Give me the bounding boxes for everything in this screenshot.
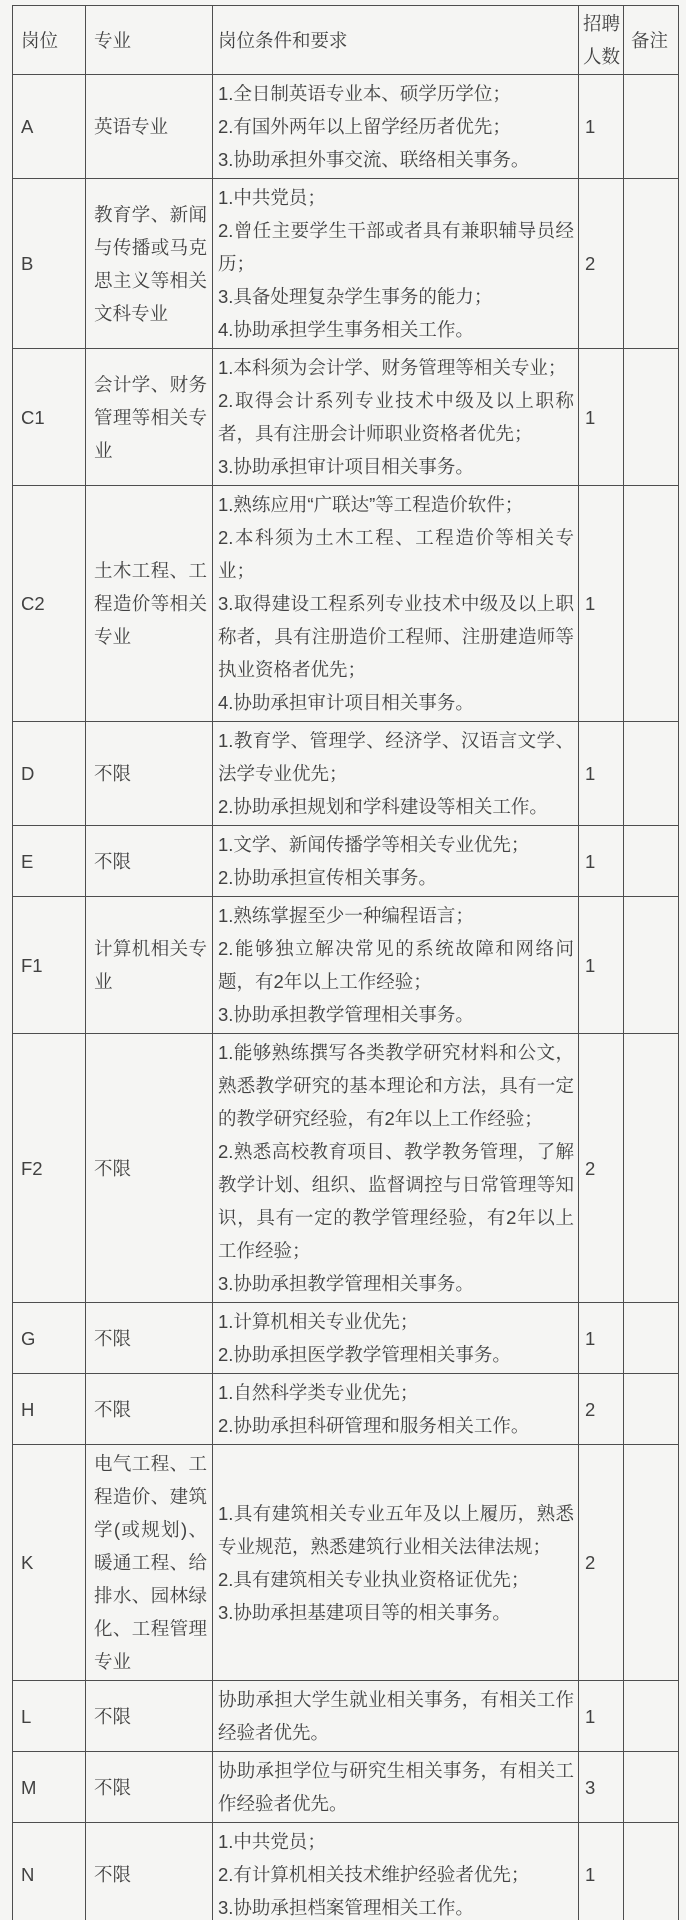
requirement-item: 2.曾任主要学生干部或者具有兼职辅导员经历； (218, 214, 574, 280)
requirements-cell: 1.自然科学类专业优先；2.协助承担科研管理和服务相关工作。 (213, 1374, 579, 1445)
requirement-item: 1.中共党员； (218, 181, 574, 214)
requirement-item: 1.教育学、管理学、经济学、汉语言文学、法学专业优先； (218, 724, 574, 790)
position-cell: F2 (13, 1034, 86, 1303)
position-cell: G (13, 1303, 86, 1374)
major-cell: 不限 (86, 1034, 213, 1303)
requirement-item: 协助承担学位与研究生相关事务，有相关工作经验者优先。 (218, 1754, 574, 1820)
requirement-item: 2.本科须为土木工程、工程造价等相关专业； (218, 521, 574, 587)
headcount-cell: 1 (579, 722, 624, 826)
position-cell: B (13, 179, 86, 349)
requirement-item: 3.协助承担审计项目相关事务。 (218, 450, 574, 483)
requirement-item: 2.协助承担医学教学管理相关事务。 (218, 1338, 574, 1371)
major-cell: 不限 (86, 1823, 213, 1920)
requirements-cell: 协助承担大学生就业相关事务，有相关工作经验者优先。 (213, 1681, 579, 1752)
requirements-cell: 1.计算机相关专业优先；2.协助承担医学教学管理相关事务。 (213, 1303, 579, 1374)
requirements-cell: 1.中共党员；2.有计算机相关技术维护经验者优先；3.协助承担档案管理相关工作。 (213, 1823, 579, 1920)
table-body: A英语专业1.全日制英语专业本、硕学历学位；2.有国外两年以上留学经历者优先；3… (13, 75, 679, 1920)
requirement-item: 2.有国外两年以上留学经历者优先； (218, 110, 574, 143)
requirements-cell: 1.中共党员；2.曾任主要学生干部或者具有兼职辅导员经历；3.具备处理复杂学生事… (213, 179, 579, 349)
requirement-item: 协助承担大学生就业相关事务，有相关工作经验者优先。 (218, 1683, 574, 1749)
requirements-cell: 1.全日制英语专业本、硕学历学位；2.有国外两年以上留学经历者优先；3.协助承担… (213, 75, 579, 179)
position-cell: C1 (13, 349, 86, 486)
requirement-item: 1.能够熟练撰写各类教学研究材料和公文，熟悉教学研究的基本理论和方法，具有一定的… (218, 1036, 574, 1135)
requirements-cell: 1.文学、新闻传播学等相关专业优先；2.协助承担宣传相关事务。 (213, 826, 579, 897)
requirement-item: 3.协助承担教学管理相关事务。 (218, 1267, 574, 1300)
headcount-cell: 1 (579, 486, 624, 722)
position-cell: E (13, 826, 86, 897)
table-row: D不限1.教育学、管理学、经济学、汉语言文学、法学专业优先；2.协助承担规划和学… (13, 722, 679, 826)
header-position: 岗位 (13, 6, 86, 75)
position-cell: F1 (13, 897, 86, 1034)
headcount-cell: 3 (579, 1752, 624, 1823)
table-row: L不限协助承担大学生就业相关事务，有相关工作经验者优先。1 (13, 1681, 679, 1752)
position-cell: A (13, 75, 86, 179)
major-cell: 计算机相关专业 (86, 897, 213, 1034)
headcount-cell: 2 (579, 1374, 624, 1445)
requirement-item: 2.协助承担宣传相关事务。 (218, 861, 574, 894)
major-cell: 不限 (86, 826, 213, 897)
note-cell (624, 486, 679, 722)
major-cell: 英语专业 (86, 75, 213, 179)
table-row: M不限协助承担学位与研究生相关事务，有相关工作经验者优先。3 (13, 1752, 679, 1823)
header-headcount: 招聘人数 (579, 6, 624, 75)
headcount-cell: 2 (579, 1034, 624, 1303)
headcount-cell: 1 (579, 75, 624, 179)
headcount-cell: 1 (579, 826, 624, 897)
requirement-item: 2.协助承担规划和学科建设等相关工作。 (218, 790, 574, 823)
note-cell (624, 1303, 679, 1374)
position-cell: K (13, 1445, 86, 1681)
requirements-cell: 1.本科须为会计学、财务管理等相关专业；2.取得会计系列专业技术中级及以上职称者… (213, 349, 579, 486)
major-cell: 不限 (86, 1303, 213, 1374)
note-cell (624, 75, 679, 179)
requirement-item: 3.协助承担档案管理相关工作。 (218, 1891, 574, 1920)
recruitment-table: 岗位 专业 岗位条件和要求 招聘人数 备注 A英语专业1.全日制英语专业本、硕学… (12, 5, 679, 1920)
requirement-item: 1.文学、新闻传播学等相关专业优先； (218, 828, 574, 861)
header-requirements: 岗位条件和要求 (213, 6, 579, 75)
note-cell (624, 349, 679, 486)
requirement-item: 1.计算机相关专业优先； (218, 1305, 574, 1338)
requirement-item: 1.全日制英语专业本、硕学历学位； (218, 77, 574, 110)
note-cell (624, 897, 679, 1034)
page: 岗位 专业 岗位条件和要求 招聘人数 备注 A英语专业1.全日制英语专业本、硕学… (0, 0, 686, 1920)
headcount-cell: 2 (579, 1445, 624, 1681)
table-row: G不限1.计算机相关专业优先；2.协助承担医学教学管理相关事务。1 (13, 1303, 679, 1374)
table-row: B教育学、新闻与传播或马克思主义等相关文科专业1.中共党员；2.曾任主要学生干部… (13, 179, 679, 349)
requirement-item: 2.取得会计系列专业技术中级及以上职称者，具有注册会计师职业资格者优先； (218, 384, 574, 450)
note-cell (624, 826, 679, 897)
major-cell: 不限 (86, 1752, 213, 1823)
major-cell: 电气工程、工程造价、建筑学(或规划)、暖通工程、给排水、园林绿化、工程管理专业 (86, 1445, 213, 1681)
position-cell: N (13, 1823, 86, 1920)
requirement-item: 3.取得建设工程系列专业技术中级及以上职称者，具有注册造价工程师、注册建造师等执… (218, 587, 574, 686)
requirement-item: 2.具有建筑相关专业执业资格证优先； (218, 1563, 574, 1596)
table-row: C1会计学、财务管理等相关专业1.本科须为会计学、财务管理等相关专业；2.取得会… (13, 349, 679, 486)
requirement-item: 3.协助承担外事交流、联络相关事务。 (218, 143, 574, 176)
table-row: F2不限1.能够熟练撰写各类教学研究材料和公文，熟悉教学研究的基本理论和方法，具… (13, 1034, 679, 1303)
note-cell (624, 1752, 679, 1823)
position-cell: D (13, 722, 86, 826)
major-cell: 不限 (86, 1681, 213, 1752)
requirement-item: 1.熟练应用“广联达”等工程造价软件； (218, 488, 574, 521)
table-row: N不限1.中共党员；2.有计算机相关技术维护经验者优先；3.协助承担档案管理相关… (13, 1823, 679, 1920)
headcount-cell: 1 (579, 897, 624, 1034)
table-row: H不限1.自然科学类专业优先；2.协助承担科研管理和服务相关工作。2 (13, 1374, 679, 1445)
requirement-item: 2.熟悉高校教育项目、教学教务管理，了解教学计划、组织、监督调控与日常管理等知识… (218, 1135, 574, 1267)
requirement-item: 3.协助承担教学管理相关事务。 (218, 998, 574, 1031)
major-cell: 教育学、新闻与传播或马克思主义等相关文科专业 (86, 179, 213, 349)
note-cell (624, 1681, 679, 1752)
header-major: 专业 (86, 6, 213, 75)
major-cell: 会计学、财务管理等相关专业 (86, 349, 213, 486)
headcount-cell: 1 (579, 1681, 624, 1752)
requirement-item: 2.协助承担科研管理和服务相关工作。 (218, 1409, 574, 1442)
note-cell (624, 722, 679, 826)
requirements-cell: 1.熟练掌握至少一种编程语言；2.能够独立解决常见的系统故障和网络问题，有2年以… (213, 897, 579, 1034)
requirement-item: 4.协助承担学生事务相关工作。 (218, 313, 574, 346)
requirement-item: 3.协助承担基建项目等的相关事务。 (218, 1596, 574, 1629)
note-cell (624, 179, 679, 349)
requirements-cell: 1.熟练应用“广联达”等工程造价软件；2.本科须为土木工程、工程造价等相关专业；… (213, 486, 579, 722)
note-cell (624, 1034, 679, 1303)
note-cell (624, 1823, 679, 1920)
note-cell (624, 1445, 679, 1681)
table-row: C2土木工程、工程造价等相关专业1.熟练应用“广联达”等工程造价软件；2.本科须… (13, 486, 679, 722)
requirements-cell: 协助承担学位与研究生相关事务，有相关工作经验者优先。 (213, 1752, 579, 1823)
requirement-item: 3.具备处理复杂学生事务的能力； (218, 280, 574, 313)
position-cell: C2 (13, 486, 86, 722)
headcount-cell: 1 (579, 1823, 624, 1920)
headcount-cell: 2 (579, 179, 624, 349)
requirement-item: 1.具有建筑相关专业五年及以上履历，熟悉专业规范，熟悉建筑行业相关法律法规； (218, 1497, 574, 1563)
position-cell: H (13, 1374, 86, 1445)
requirement-item: 2.有计算机相关技术维护经验者优先； (218, 1858, 574, 1891)
headcount-cell: 1 (579, 1303, 624, 1374)
requirements-cell: 1.能够熟练撰写各类教学研究材料和公文，熟悉教学研究的基本理论和方法，具有一定的… (213, 1034, 579, 1303)
header-note: 备注 (624, 6, 679, 75)
table-row: F1计算机相关专业1.熟练掌握至少一种编程语言；2.能够独立解决常见的系统故障和… (13, 897, 679, 1034)
headcount-cell: 1 (579, 349, 624, 486)
requirements-cell: 1.教育学、管理学、经济学、汉语言文学、法学专业优先；2.协助承担规划和学科建设… (213, 722, 579, 826)
position-cell: M (13, 1752, 86, 1823)
requirement-item: 1.本科须为会计学、财务管理等相关专业； (218, 351, 574, 384)
requirements-cell: 1.具有建筑相关专业五年及以上履历，熟悉专业规范，熟悉建筑行业相关法律法规；2.… (213, 1445, 579, 1681)
requirement-item: 4.协助承担审计项目相关事务。 (218, 686, 574, 719)
major-cell: 土木工程、工程造价等相关专业 (86, 486, 213, 722)
requirement-item: 1.熟练掌握至少一种编程语言； (218, 899, 574, 932)
note-cell (624, 1374, 679, 1445)
table-row: E不限1.文学、新闻传播学等相关专业优先；2.协助承担宣传相关事务。1 (13, 826, 679, 897)
major-cell: 不限 (86, 1374, 213, 1445)
table-row: K电气工程、工程造价、建筑学(或规划)、暖通工程、给排水、园林绿化、工程管理专业… (13, 1445, 679, 1681)
position-cell: L (13, 1681, 86, 1752)
table-row: A英语专业1.全日制英语专业本、硕学历学位；2.有国外两年以上留学经历者优先；3… (13, 75, 679, 179)
requirement-item: 2.能够独立解决常见的系统故障和网络问题，有2年以上工作经验； (218, 932, 574, 998)
requirement-item: 1.自然科学类专业优先； (218, 1376, 574, 1409)
table-header-row: 岗位 专业 岗位条件和要求 招聘人数 备注 (13, 6, 679, 75)
requirement-item: 1.中共党员； (218, 1825, 574, 1858)
major-cell: 不限 (86, 722, 213, 826)
